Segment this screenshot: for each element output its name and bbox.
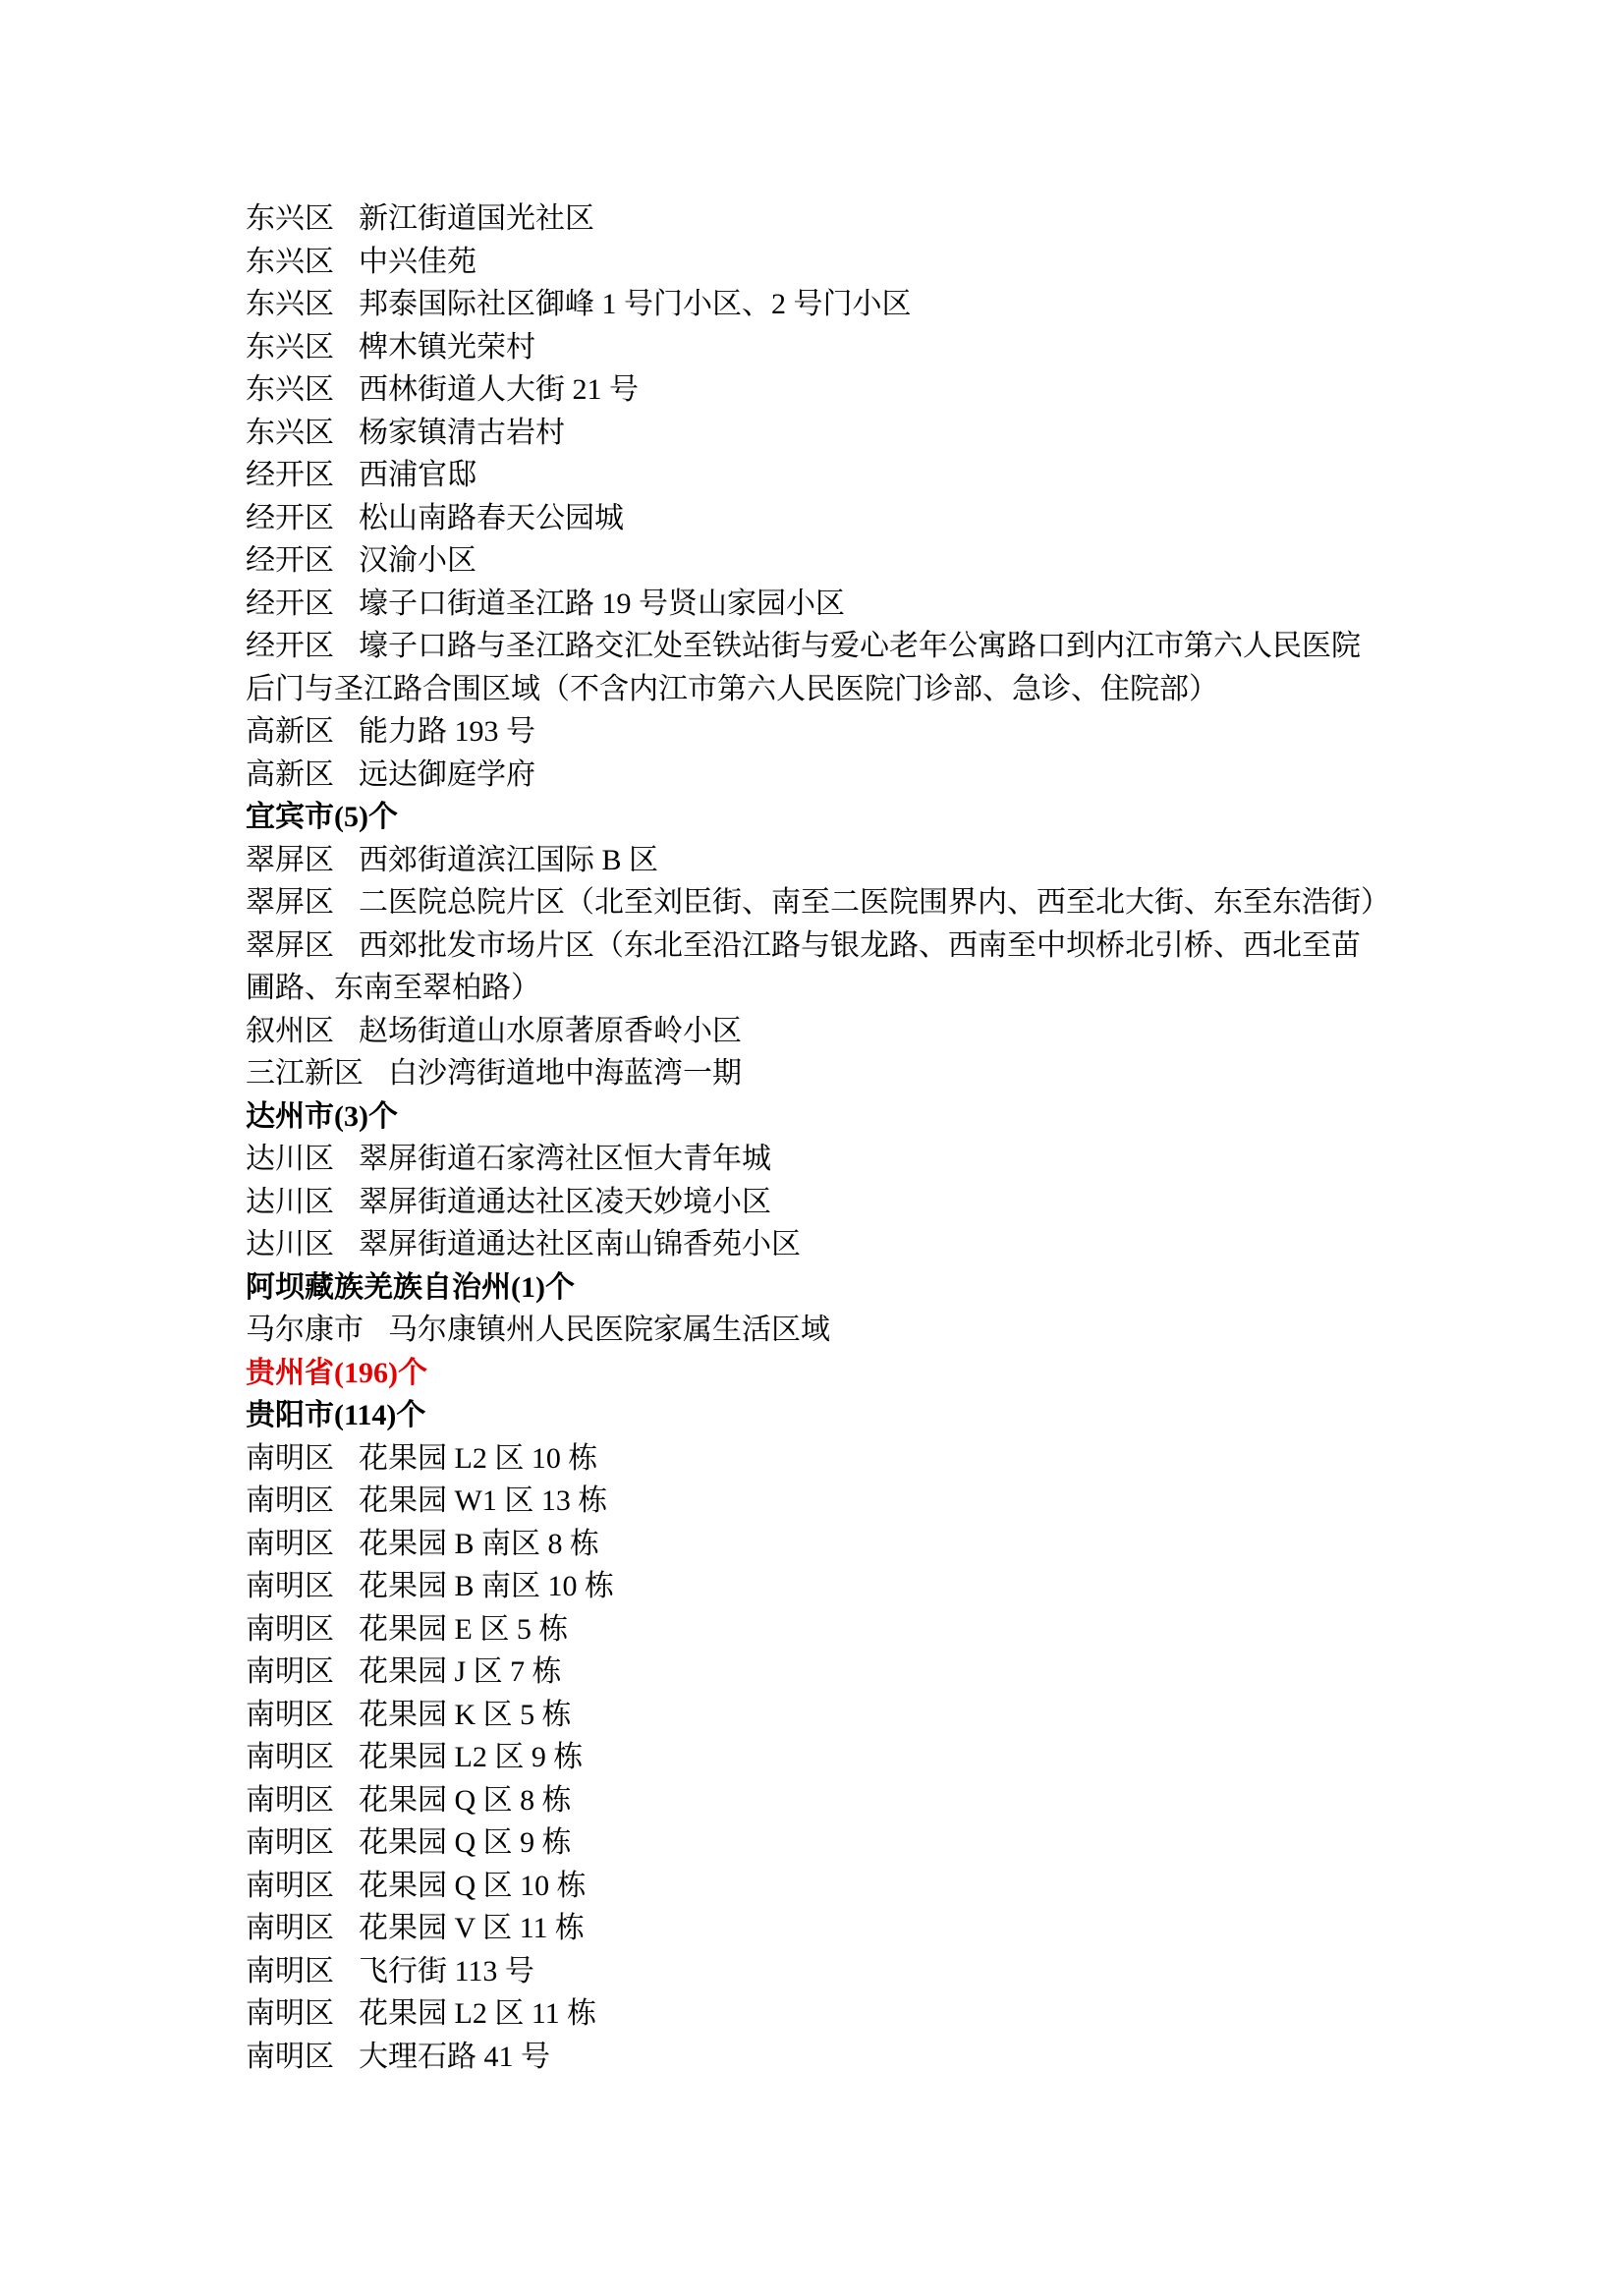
district-label: 南明区 bbox=[246, 1821, 334, 1865]
area-name: 翠屏街道通达社区南山锦香苑小区 bbox=[359, 1228, 801, 1260]
continuation-line: 后门与圣江路合围区域（不含内江市第六人民医院门诊部、急诊、住院部） bbox=[246, 668, 1398, 711]
list-row: 达川区翠屏街道石家湾社区恒大青年城 bbox=[246, 1138, 1398, 1181]
district-label: 南明区 bbox=[246, 1779, 334, 1822]
list-row: 三江新区白沙湾街道地中海蓝湾一期 bbox=[246, 1052, 1398, 1095]
district-label: 经开区 bbox=[246, 625, 334, 668]
risk-area-list: 东兴区新江街道国光社区东兴区中兴佳苑东兴区邦泰国际社区御峰 1 号门小区、2 号… bbox=[246, 197, 1398, 2078]
list-row: 经开区壕子口路与圣江路交汇处至铁站街与爱心老年公寓路口到内江市第六人民医院 bbox=[246, 625, 1398, 668]
city-header: 达州市(3)个 bbox=[246, 1095, 1398, 1139]
area-name: 邦泰国际社区御峰 1 号门小区、2 号门小区 bbox=[359, 288, 912, 320]
district-label: 达川区 bbox=[246, 1181, 334, 1224]
area-name: 壕子口路与圣江路交汇处至铁站街与爱心老年公寓路口到内江市第六人民医院 bbox=[359, 630, 1361, 662]
area-name: 花果园 B 南区 8 栋 bbox=[359, 1528, 599, 1560]
district-label: 经开区 bbox=[246, 454, 334, 497]
area-name: 飞行街 113 号 bbox=[359, 1955, 534, 1987]
list-row: 南明区飞行街 113 号 bbox=[246, 1950, 1398, 1993]
district-label: 南明区 bbox=[246, 1523, 334, 1566]
list-row: 南明区花果园 L2 区 11 栋 bbox=[246, 1992, 1398, 2036]
area-name: 花果园 Q 区 8 栋 bbox=[359, 1784, 572, 1817]
area-name: 西郊街道滨江国际 B 区 bbox=[359, 844, 658, 876]
district-label: 马尔康市 bbox=[246, 1309, 364, 1352]
list-row: 南明区花果园 J 区 7 栋 bbox=[246, 1651, 1398, 1694]
district-label: 南明区 bbox=[246, 1565, 334, 1608]
district-label: 经开区 bbox=[246, 539, 334, 583]
city-header: 贵阳市(114)个 bbox=[246, 1394, 1398, 1437]
list-row: 南明区花果园 W1 区 13 栋 bbox=[246, 1480, 1398, 1523]
list-row: 南明区花果园 B 南区 10 栋 bbox=[246, 1565, 1398, 1608]
list-row: 翠屏区二医院总院片区（北至刘臣街、南至二医院围界内、西至北大街、东至东浩街） bbox=[246, 881, 1398, 924]
list-row: 达川区翠屏街道通达社区凌天妙境小区 bbox=[246, 1181, 1398, 1224]
province-header: 贵州省(196)个 bbox=[246, 1352, 1398, 1395]
list-row: 东兴区西林街道人大街 21 号 bbox=[246, 368, 1398, 412]
list-row: 东兴区新江街道国光社区 bbox=[246, 197, 1398, 241]
district-label: 南明区 bbox=[246, 1694, 334, 1737]
district-label: 翠屏区 bbox=[246, 924, 334, 968]
district-label: 南明区 bbox=[246, 1437, 334, 1481]
list-row: 经开区松山南路春天公园城 bbox=[246, 497, 1398, 540]
district-label: 南明区 bbox=[246, 1736, 334, 1779]
list-row: 南明区花果园 Q 区 9 栋 bbox=[246, 1821, 1398, 1865]
area-name: 远达御庭学府 bbox=[359, 758, 535, 791]
area-name: 花果园 E 区 5 栋 bbox=[359, 1613, 568, 1646]
list-row: 达川区翠屏街道通达社区南山锦香苑小区 bbox=[246, 1223, 1398, 1266]
district-label: 翠屏区 bbox=[246, 881, 334, 924]
area-name: 白沙湾街道地中海蓝湾一期 bbox=[388, 1057, 742, 1090]
area-name: 花果园 L2 区 11 栋 bbox=[359, 1997, 596, 2030]
district-label: 经开区 bbox=[246, 583, 334, 626]
document-page: 东兴区新江街道国光社区东兴区中兴佳苑东兴区邦泰国际社区御峰 1 号门小区、2 号… bbox=[0, 0, 1624, 2295]
list-row: 南明区花果园 Q 区 8 栋 bbox=[246, 1779, 1398, 1822]
district-label: 东兴区 bbox=[246, 326, 334, 369]
list-row: 经开区壕子口街道圣江路 19 号贤山家园小区 bbox=[246, 583, 1398, 626]
area-name: 花果园 B 南区 10 栋 bbox=[359, 1570, 614, 1602]
district-label: 高新区 bbox=[246, 754, 334, 797]
district-label: 东兴区 bbox=[246, 368, 334, 412]
district-label: 南明区 bbox=[246, 1992, 334, 2036]
area-name: 西郊批发市场片区（东北至沿江路与银龙路、西南至中坝桥北引桥、西北至苗 bbox=[359, 929, 1361, 962]
district-label: 东兴区 bbox=[246, 283, 334, 326]
list-row: 东兴区中兴佳苑 bbox=[246, 241, 1398, 284]
district-label: 达川区 bbox=[246, 1138, 334, 1181]
district-label: 东兴区 bbox=[246, 241, 334, 284]
list-row: 南明区花果园 Q 区 10 栋 bbox=[246, 1865, 1398, 1908]
list-row: 东兴区杨家镇清古岩村 bbox=[246, 412, 1398, 455]
district-label: 高新区 bbox=[246, 710, 334, 754]
area-name: 花果园 L2 区 10 栋 bbox=[359, 1442, 597, 1475]
district-label: 经开区 bbox=[246, 497, 334, 540]
list-row: 南明区花果园 K 区 5 栋 bbox=[246, 1694, 1398, 1737]
area-name: 二医院总院片区（北至刘臣街、南至二医院围界内、西至北大街、东至东浩街） bbox=[359, 886, 1390, 919]
district-label: 叙州区 bbox=[246, 1010, 334, 1053]
list-row: 翠屏区西郊批发市场片区（东北至沿江路与银龙路、西南至中坝桥北引桥、西北至苗 bbox=[246, 924, 1398, 968]
district-label: 东兴区 bbox=[246, 197, 334, 241]
area-name: 汉渝小区 bbox=[359, 544, 476, 577]
area-name: 大理石路 41 号 bbox=[359, 2041, 550, 2073]
area-name: 西浦官邸 bbox=[359, 459, 476, 491]
list-row: 叙州区赵场街道山水原著原香岭小区 bbox=[246, 1010, 1398, 1053]
list-row: 经开区汉渝小区 bbox=[246, 539, 1398, 583]
area-name: 杨家镇清古岩村 bbox=[359, 417, 565, 449]
area-name: 翠屏街道通达社区凌天妙境小区 bbox=[359, 1186, 771, 1218]
district-label: 南明区 bbox=[246, 1865, 334, 1908]
area-name: 新江街道国光社区 bbox=[359, 202, 594, 235]
list-row: 东兴区邦泰国际社区御峰 1 号门小区、2 号门小区 bbox=[246, 283, 1398, 326]
district-label: 南明区 bbox=[246, 1608, 334, 1651]
list-row: 南明区花果园 L2 区 10 栋 bbox=[246, 1437, 1398, 1481]
list-row: 高新区能力路 193 号 bbox=[246, 710, 1398, 754]
district-label: 南明区 bbox=[246, 1651, 334, 1694]
continuation-line: 圃路、东南至翠柏路） bbox=[246, 967, 1398, 1010]
list-row: 马尔康市马尔康镇州人民医院家属生活区域 bbox=[246, 1309, 1398, 1352]
district-label: 南明区 bbox=[246, 1480, 334, 1523]
list-row: 南明区花果园 V 区 11 栋 bbox=[246, 1907, 1398, 1950]
area-name: 花果园 K 区 5 栋 bbox=[359, 1699, 572, 1731]
area-name: 花果园 L2 区 9 栋 bbox=[359, 1741, 583, 1773]
list-row: 南明区花果园 L2 区 9 栋 bbox=[246, 1736, 1398, 1779]
district-label: 达川区 bbox=[246, 1223, 334, 1266]
list-row: 南明区花果园 B 南区 8 栋 bbox=[246, 1523, 1398, 1566]
list-row: 南明区花果园 E 区 5 栋 bbox=[246, 1608, 1398, 1651]
area-name: 松山南路春天公园城 bbox=[359, 502, 624, 534]
list-row: 南明区大理石路 41 号 bbox=[246, 2036, 1398, 2079]
list-row: 翠屏区西郊街道滨江国际 B 区 bbox=[246, 839, 1398, 882]
area-name: 赵场街道山水原著原香岭小区 bbox=[359, 1015, 742, 1047]
area-name: 花果园 V 区 11 栋 bbox=[359, 1912, 585, 1944]
district-label: 南明区 bbox=[246, 1950, 334, 1993]
area-name: 壕子口街道圣江路 19 号贤山家园小区 bbox=[359, 588, 845, 620]
area-name: 能力路 193 号 bbox=[359, 715, 535, 748]
area-name: 椑木镇光荣村 bbox=[359, 331, 535, 364]
area-name: 中兴佳苑 bbox=[359, 246, 476, 278]
list-row: 东兴区椑木镇光荣村 bbox=[246, 326, 1398, 369]
area-name: 花果园 J 区 7 栋 bbox=[359, 1655, 562, 1688]
list-row: 高新区远达御庭学府 bbox=[246, 754, 1398, 797]
area-name: 马尔康镇州人民医院家属生活区域 bbox=[388, 1314, 830, 1346]
district-label: 三江新区 bbox=[246, 1052, 364, 1095]
area-name: 花果园 Q 区 9 栋 bbox=[359, 1826, 572, 1859]
district-label: 南明区 bbox=[246, 1907, 334, 1950]
city-header: 阿坝藏族羌族自治州(1)个 bbox=[246, 1266, 1398, 1310]
area-name: 翠屏街道石家湾社区恒大青年城 bbox=[359, 1143, 771, 1175]
district-label: 翠屏区 bbox=[246, 839, 334, 882]
district-label: 南明区 bbox=[246, 2036, 334, 2079]
city-header: 宜宾市(5)个 bbox=[246, 796, 1398, 839]
area-name: 花果园 Q 区 10 栋 bbox=[359, 1870, 587, 1902]
district-label: 东兴区 bbox=[246, 412, 334, 455]
area-name: 花果园 W1 区 13 栋 bbox=[359, 1484, 607, 1517]
area-name: 西林街道人大街 21 号 bbox=[359, 373, 639, 406]
list-row: 经开区西浦官邸 bbox=[246, 454, 1398, 497]
